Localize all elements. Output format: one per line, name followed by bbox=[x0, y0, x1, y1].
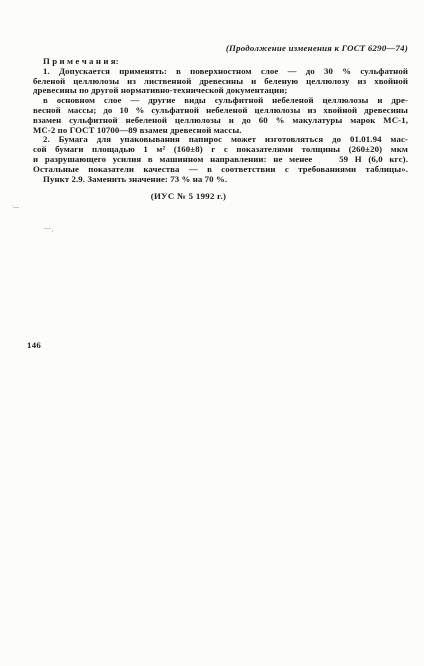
page-number: 146 bbox=[27, 340, 41, 350]
text-line: 2. Бумага для упаковывания папирос может… bbox=[33, 135, 408, 145]
document-body: (Продолжение изменения к ГОСТ 6290—74) П… bbox=[33, 43, 408, 201]
document-page: (Продолжение изменения к ГОСТ 6290—74) П… bbox=[0, 0, 424, 666]
notes-text-block: П р и м е ч а н и я:1. Допускается приме… bbox=[33, 57, 408, 184]
text-line: 1. Допускается применять: в поверхностно… bbox=[33, 67, 408, 77]
text-line: весной массы; до 10 % сульфатной небелен… bbox=[33, 106, 408, 116]
text-line: древесины по другой нормативно-техническ… bbox=[33, 86, 408, 96]
text-line: МС-2 по ГОСТ 10700—89 взамен древесной м… bbox=[33, 126, 408, 136]
issue-reference: (ИУС № 5 1992 г.) bbox=[33, 191, 408, 201]
continuation-header: (Продолжение изменения к ГОСТ 6290—74) bbox=[33, 43, 408, 53]
text-line: Пункт 2.9. Заменить значение: 73 % на 70… bbox=[33, 175, 408, 185]
scan-artifact bbox=[52, 230, 53, 232]
text-line: сой бумаги площадью 1 м² (160±8) г с пок… bbox=[33, 145, 408, 155]
text-line: и разрушающего усилия в машинном направл… bbox=[33, 155, 408, 165]
scan-artifact bbox=[13, 207, 19, 208]
text-line: взамен сульфитной небеленой целлюлозы и … bbox=[33, 116, 408, 126]
text-line: Остальные показатели качества — в соотве… bbox=[33, 165, 408, 175]
text-line: в основном слое — другие виды сульфитной… bbox=[33, 96, 408, 106]
scan-artifact bbox=[12, 205, 13, 206]
scan-artifact bbox=[44, 228, 51, 229]
text-line: П р и м е ч а н и я: bbox=[33, 57, 408, 67]
text-line: беленой целлюлозы из лиственной древесин… bbox=[33, 77, 408, 87]
